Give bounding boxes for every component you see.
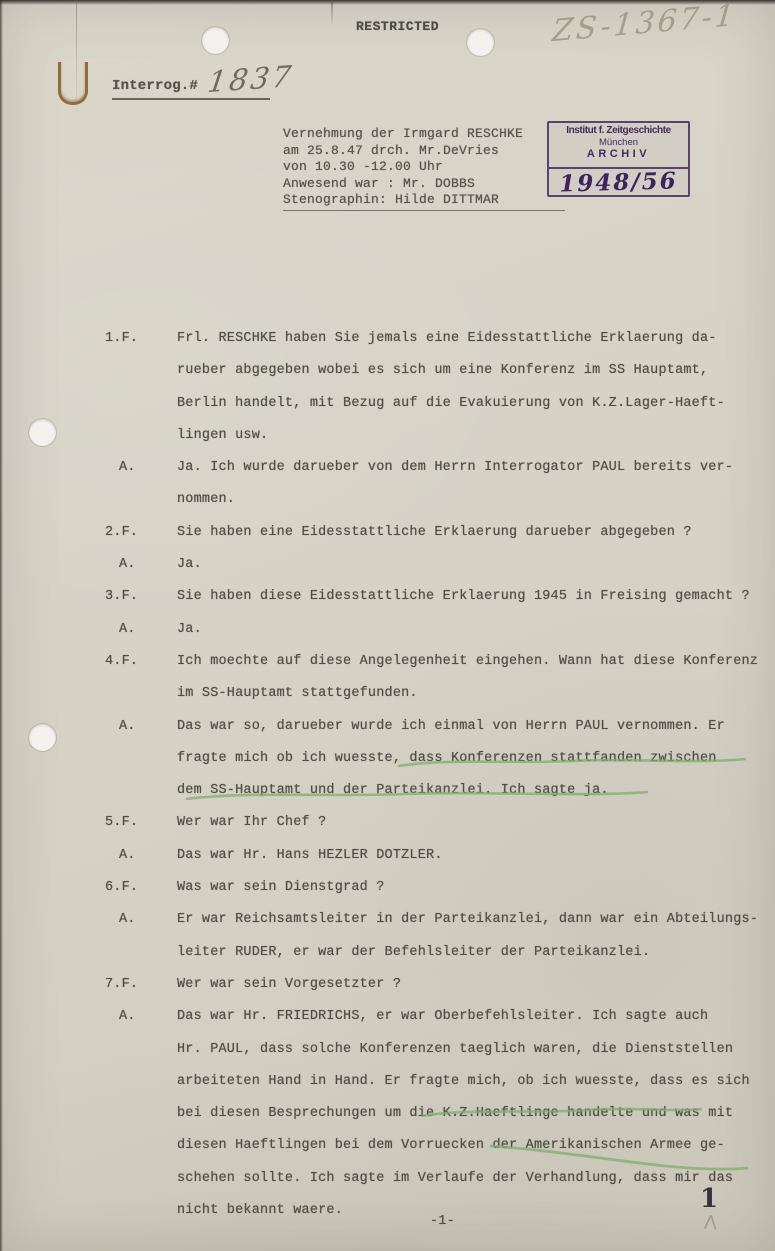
qa-lines: Ja. xyxy=(177,614,760,646)
answer-label: A. xyxy=(105,549,177,581)
qa-text-line: Sie haben eine Eidesstattliche Erklaerun… xyxy=(177,517,760,549)
qa-lines: Wer war Ihr Chef ? xyxy=(177,807,760,839)
qa-row: 3.F.Sie haben diese Eidesstattliche Erkl… xyxy=(105,581,760,613)
hearing-header-block: Vernehmung der Irmgard RESCHKE am 25.8.4… xyxy=(283,126,565,211)
qa-text-line: schehen sollte. Ich sagte im Verlaufe de… xyxy=(177,1163,760,1195)
question-label: 1.F. xyxy=(105,323,177,452)
stamp-city: München xyxy=(549,137,688,148)
qa-text-line: Ich moechte auf diese Angelegenheit eing… xyxy=(177,646,760,678)
qa-text-line: bei diesen Besprechungen um die K.Z.Haef… xyxy=(177,1098,760,1130)
classification-marking: RESTRICTED xyxy=(356,19,439,34)
header-line-date: am 25.8.47 drch. Mr.DeVries xyxy=(283,143,565,160)
qa-row: A.Das war so, darueber wurde ich einmal … xyxy=(105,711,760,808)
interrog-label: Interrog.# xyxy=(112,78,198,94)
qa-text-line: Wer war Ihr Chef ? xyxy=(177,807,760,839)
pencil-caret-mark: Λ xyxy=(703,1212,718,1235)
stamp-archiv-label: ARCHIV xyxy=(549,148,688,161)
interrog-number-handwriting: 1837 xyxy=(206,59,296,99)
qa-text-line: Ja. xyxy=(177,614,760,646)
punch-hole xyxy=(202,27,229,54)
header-line-subject: Vernehmung der Irmgard RESCHKE xyxy=(283,126,565,143)
qa-lines: Ja. Ich wurde darueber von dem Herrn Int… xyxy=(177,452,760,517)
qa-lines: Das war so, darueber wurde ich einmal vo… xyxy=(177,711,760,808)
qa-row: A.Das war Hr. FRIEDRICHS, er war Oberbef… xyxy=(105,1001,760,1227)
stamp-accession-number-handwriting: 1948/56 xyxy=(549,167,689,198)
qa-lines: Ja. xyxy=(177,549,760,581)
answer-label: A. xyxy=(105,1001,177,1227)
punch-hole xyxy=(29,419,56,446)
qa-text-line: Ja. Ich wurde darueber von dem Herrn Int… xyxy=(177,452,760,484)
qa-text-line: fragte mich ob ich wuesste, dass Konfere… xyxy=(177,743,760,775)
answer-label: A. xyxy=(105,840,177,872)
qa-text-line: nommen. xyxy=(177,484,760,516)
qa-row: 7.F.Wer war sein Vorgesetzter ? xyxy=(105,969,760,1001)
question-label: 2.F. xyxy=(105,517,177,549)
qa-text-line: nicht bekannt waere. xyxy=(177,1195,760,1227)
qa-lines: Frl. RESCHKE haben Sie jemals eine Eides… xyxy=(177,323,760,452)
question-label: 6.F. xyxy=(105,872,177,904)
qa-lines: Ich moechte auf diese Angelegenheit eing… xyxy=(177,646,760,711)
qa-text-line: Was war sein Dienstgrad ? xyxy=(177,872,760,904)
qa-text-line: diesen Haeftlingen bei dem Vorruecken de… xyxy=(177,1130,760,1162)
qa-text-line: Ja. xyxy=(177,549,760,581)
answer-label: A. xyxy=(105,452,177,517)
question-label: 4.F. xyxy=(105,646,177,711)
qa-text-line: Wer war sein Vorgesetzter ? xyxy=(177,969,760,1001)
archive-stamp: Institut f. Zeitgeschichte München ARCHI… xyxy=(547,121,690,197)
qa-text-line: dem SS-Hauptamt und der Parteikanzlei. I… xyxy=(177,775,760,807)
qa-text-line: arbeiteten Hand in Hand. Er fragte mich,… xyxy=(177,1066,760,1098)
qa-text-line: im SS-Hauptamt stattgefunden. xyxy=(177,678,760,710)
qa-lines: Das war Hr. FRIEDRICHS, er war Oberbefeh… xyxy=(177,1001,760,1227)
footer-page-number: -1- xyxy=(430,1214,455,1229)
qa-lines: Sie haben eine Eidesstattliche Erklaerun… xyxy=(177,517,760,549)
interrogation-number-line: Interrog.# 1837 xyxy=(112,76,270,100)
archive-ref-handwriting: ZS-1367-1 xyxy=(551,0,739,49)
header-line-time: von 10.30 -12.00 Uhr xyxy=(283,159,565,176)
qa-text-line: rueber abgegeben wobei es sich um eine K… xyxy=(177,355,760,387)
qa-text-line: Berlin handelt, mit Bezug auf die Evakui… xyxy=(177,388,760,420)
qa-text-line: leiter RUDER, er war der Befehlsleiter d… xyxy=(177,937,760,969)
qa-row: 1.F.Frl. RESCHKE haben Sie jemals eine E… xyxy=(105,323,760,452)
qa-lines: Er war Reichsamtsleiter in der Parteikan… xyxy=(177,904,760,969)
qa-text-line: lingen usw. xyxy=(177,420,760,452)
qa-row: 5.F.Wer war Ihr Chef ? xyxy=(105,807,760,839)
qa-row: A.Er war Reichsamtsleiter in der Parteik… xyxy=(105,904,760,969)
qa-row: 2.F.Sie haben eine Eidesstattliche Erkla… xyxy=(105,517,760,549)
scanned-document-page: RESTRICTED ZS-1367-1 Interrog.# 1837 Ver… xyxy=(0,0,775,1251)
header-line-present: Anwesend war : Mr. DOBBS xyxy=(283,176,565,193)
qa-row: 6.F.Was war sein Dienstgrad ? xyxy=(105,872,760,904)
qa-row: A.Ja. xyxy=(105,614,760,646)
qa-text-line: Das war Hr. FRIEDRICHS, er war Oberbefeh… xyxy=(177,1001,760,1033)
paper-crease-small xyxy=(331,0,333,26)
question-label: 5.F. xyxy=(105,807,177,839)
qa-row: A.Ja. Ich wurde darueber von dem Herrn I… xyxy=(105,452,760,517)
qa-lines: Sie haben diese Eidesstattliche Erklaeru… xyxy=(177,581,760,613)
paperclip-rust-stain xyxy=(58,62,88,105)
question-label: 7.F. xyxy=(105,969,177,1001)
qa-row: A.Ja. xyxy=(105,549,760,581)
question-label: 3.F. xyxy=(105,581,177,613)
qa-text-line: Frl. RESCHKE haben Sie jemals eine Eides… xyxy=(177,323,760,355)
qa-text-line: Das war so, darueber wurde ich einmal vo… xyxy=(177,711,760,743)
qa-lines: Was war sein Dienstgrad ? xyxy=(177,872,760,904)
qa-text-line: Hr. PAUL, dass solche Konferenzen taegli… xyxy=(177,1034,760,1066)
qa-lines: Das war Hr. Hans HEZLER DOTZLER. xyxy=(177,840,760,872)
qa-section: 1.F.Frl. RESCHKE haben Sie jemals eine E… xyxy=(105,323,760,1227)
answer-label: A. xyxy=(105,904,177,969)
qa-text-line: Das war Hr. Hans HEZLER DOTZLER. xyxy=(177,840,760,872)
qa-lines: Wer war sein Vorgesetzter ? xyxy=(177,969,760,1001)
stamp-institute-name: Institut f. Zeitgeschichte xyxy=(549,125,688,137)
punch-hole xyxy=(29,724,56,751)
qa-text-line: Er war Reichsamtsleiter in der Parteikan… xyxy=(177,904,760,936)
qa-text-line: Sie haben diese Eidesstattliche Erklaeru… xyxy=(177,581,760,613)
punch-hole xyxy=(467,29,494,56)
answer-label: A. xyxy=(105,711,177,808)
scan-edge-left xyxy=(0,0,3,1251)
page-number-stamp: 1 xyxy=(700,1184,718,1214)
qa-row: A.Das war Hr. Hans HEZLER DOTZLER. xyxy=(105,840,760,872)
qa-row: 4.F.Ich moechte auf diese Angelegenheit … xyxy=(105,646,760,711)
header-line-stenographer: Stenographin: Hilde DITTMAR xyxy=(283,192,565,211)
answer-label: A. xyxy=(105,614,177,646)
